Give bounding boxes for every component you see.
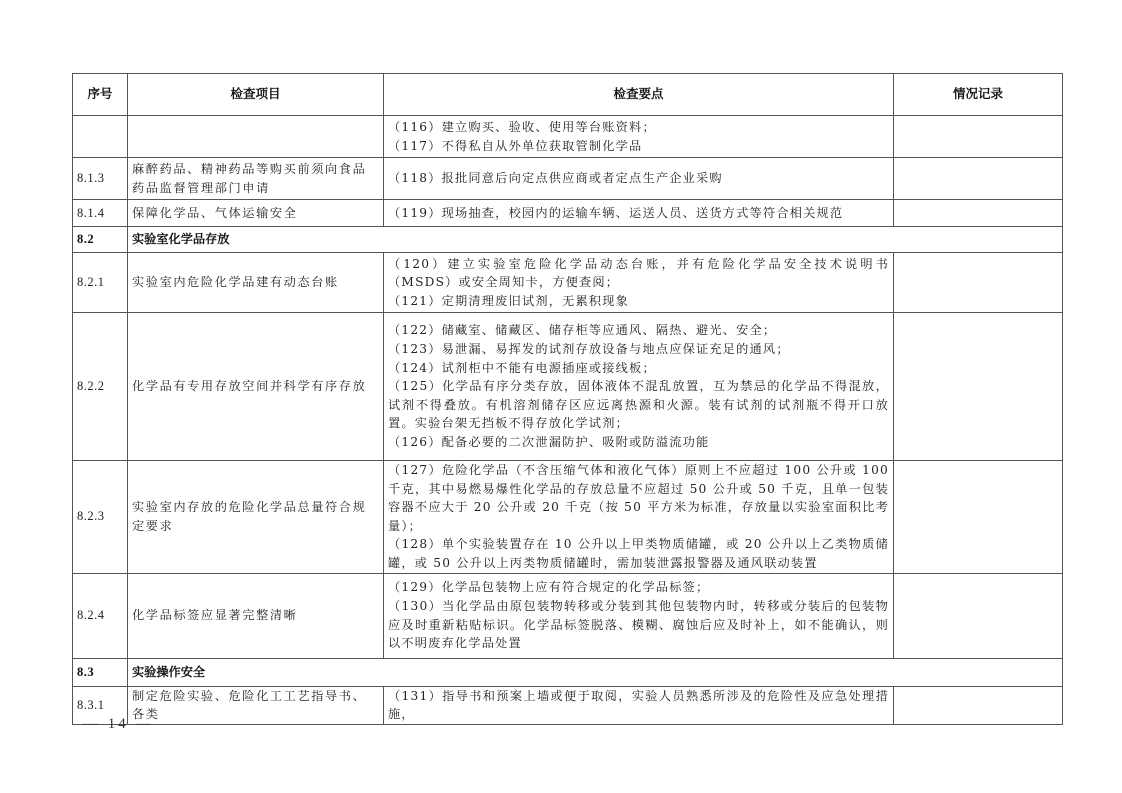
check-points: （118）报批同意后向定点供应商或者定点生产企业采购 (384, 158, 894, 200)
table-row: 8.1.3麻醉药品、精神药品等购买前须向食品药品监督管理部门申请（118）报批同… (73, 158, 1063, 200)
check-point: （128）单个实验装置存在 10 公升以上甲类物质储罐，或 20 公升以上乙类物… (388, 535, 889, 572)
check-point: （127）危险化学品（不含压缩气体和液化气体）原则上不应超过 100 公升或 1… (388, 461, 889, 535)
header-no: 序号 (73, 74, 128, 116)
table-row: 8.2.1实验室内危险化学品建有动态台账（120）建立实验室危险化学品动态台账，… (73, 253, 1063, 313)
record-cell[interactable] (894, 200, 1063, 227)
check-point: （120）建立实验室危险化学品动态台账，并有危险化学品安全技术说明书（MSDS）… (388, 255, 889, 292)
item-number: 8.2.4 (73, 573, 128, 658)
check-item (128, 116, 384, 158)
check-points: （127）危险化学品（不含压缩气体和液化气体）原则上不应超过 100 公升或 1… (384, 461, 894, 574)
table-row: 8.2.3实验室内存放的危险化学品总量符合规定要求（127）危险化学品（不含压缩… (73, 461, 1063, 574)
check-point: （126）配备必要的二次泄漏防护、吸附或防溢流功能 (388, 433, 889, 452)
check-points: （129）化学品包装物上应有符合规定的化学品标签；（130）当化学品由原包装物转… (384, 573, 894, 658)
check-points: （122）储藏室、储藏区、储存柜等应通风、隔热、避光、安全；（123）易泄漏、易… (384, 313, 894, 461)
check-point: （116）建立购买、验收、使用等台账资料； (388, 118, 889, 137)
item-number: 8.2.3 (73, 461, 128, 574)
check-item: 保障化学品、气体运输安全 (128, 200, 384, 227)
record-cell[interactable] (894, 158, 1063, 200)
check-point: （131）指导书和预案上墙或便于取阅，实验人员熟悉所涉及的危险性及应急处理措施， (388, 687, 889, 724)
check-point: （125）化学品有序分类存放，固体液体不混乱放置，互为禁忌的化学品不得混放，试剂… (388, 377, 889, 433)
table-header-row: 序号 检查项目 检查要点 情况记录 (73, 74, 1063, 116)
check-point: （123）易泄漏、易挥发的试剂存放设备与地点应保证充足的通风； (388, 340, 889, 359)
section-number: 8.3 (73, 658, 128, 686)
check-point: （124）试剂柜中不能有电源插座或接线板； (388, 359, 889, 378)
check-points: （116）建立购买、验收、使用等台账资料；（117）不得私自从外单位获取管制化学… (384, 116, 894, 158)
check-points: （119）现场抽查，校园内的运输车辆、运送人员、送货方式等符合相关规范 (384, 200, 894, 227)
item-number (73, 116, 128, 158)
table-row: （116）建立购买、验收、使用等台账资料；（117）不得私自从外单位获取管制化学… (73, 116, 1063, 158)
safety-checklist-table: 序号 检查项目 检查要点 情况记录 （116）建立购买、验收、使用等台账资料；（… (72, 73, 1063, 725)
section-title: 实验操作安全 (128, 658, 1063, 686)
item-number: 8.2.2 (73, 313, 128, 461)
check-points: （131）指导书和预案上墙或便于取阅，实验人员熟悉所涉及的危险性及应急处理措施， (384, 686, 894, 724)
record-cell[interactable] (894, 116, 1063, 158)
check-item: 实验室内存放的危险化学品总量符合规定要求 (128, 461, 384, 574)
check-point: （117）不得私自从外单位获取管制化学品 (388, 137, 889, 156)
item-number: 8.2.1 (73, 253, 128, 313)
check-item: 化学品标签应显著完整清晰 (128, 573, 384, 658)
check-point: （118）报批同意后向定点供应商或者定点生产企业采购 (388, 169, 889, 188)
check-item: 制定危险实验、危险化工工艺指导书、各类 (128, 686, 384, 724)
item-number: 8.1.3 (73, 158, 128, 200)
check-point: （119）现场抽查，校园内的运输车辆、运送人员、送货方式等符合相关规范 (388, 204, 889, 223)
record-cell[interactable] (894, 461, 1063, 574)
check-point: （122）储藏室、储藏区、储存柜等应通风、隔热、避光、安全； (388, 321, 889, 340)
table-row: 8.2.2化学品有专用存放空间并科学有序存放（122）储藏室、储藏区、储存柜等应… (73, 313, 1063, 461)
section-title: 实验室化学品存放 (128, 227, 1063, 253)
table-row: 8.2.4化学品标签应显著完整清晰（129）化学品包装物上应有符合规定的化学品标… (73, 573, 1063, 658)
table-body: （116）建立购买、验收、使用等台账资料；（117）不得私自从外单位获取管制化学… (73, 116, 1063, 725)
header-points: 检查要点 (384, 74, 894, 116)
section-row: 8.2实验室化学品存放 (73, 227, 1063, 253)
page-number: — 14 — (83, 716, 154, 733)
item-number: 8.1.4 (73, 200, 128, 227)
header-item: 检查项目 (128, 74, 384, 116)
check-points: （120）建立实验室危险化学品动态台账，并有危险化学品安全技术说明书（MSDS）… (384, 253, 894, 313)
check-point: （130）当化学品由原包装物转移或分装到其他包装物内时，转移或分装后的包装物应及… (388, 597, 889, 653)
header-record: 情况记录 (894, 74, 1063, 116)
record-cell[interactable] (894, 686, 1063, 724)
check-item: 实验室内危险化学品建有动态台账 (128, 253, 384, 313)
check-item: 化学品有专用存放空间并科学有序存放 (128, 313, 384, 461)
table-row: 8.3.1制定危险实验、危险化工工艺指导书、各类（131）指导书和预案上墙或便于… (73, 686, 1063, 724)
check-point: （121）定期清理废旧试剂，无累积现象 (388, 292, 889, 311)
table-row: 8.1.4保障化学品、气体运输安全（119）现场抽查，校园内的运输车辆、运送人员… (73, 200, 1063, 227)
document-page: 序号 检查项目 检查要点 情况记录 （116）建立购买、验收、使用等台账资料；（… (0, 0, 1122, 793)
record-cell[interactable] (894, 313, 1063, 461)
check-point: （129）化学品包装物上应有符合规定的化学品标签； (388, 578, 889, 597)
record-cell[interactable] (894, 253, 1063, 313)
record-cell[interactable] (894, 573, 1063, 658)
section-row: 8.3实验操作安全 (73, 658, 1063, 686)
section-number: 8.2 (73, 227, 128, 253)
check-item: 麻醉药品、精神药品等购买前须向食品药品监督管理部门申请 (128, 158, 384, 200)
